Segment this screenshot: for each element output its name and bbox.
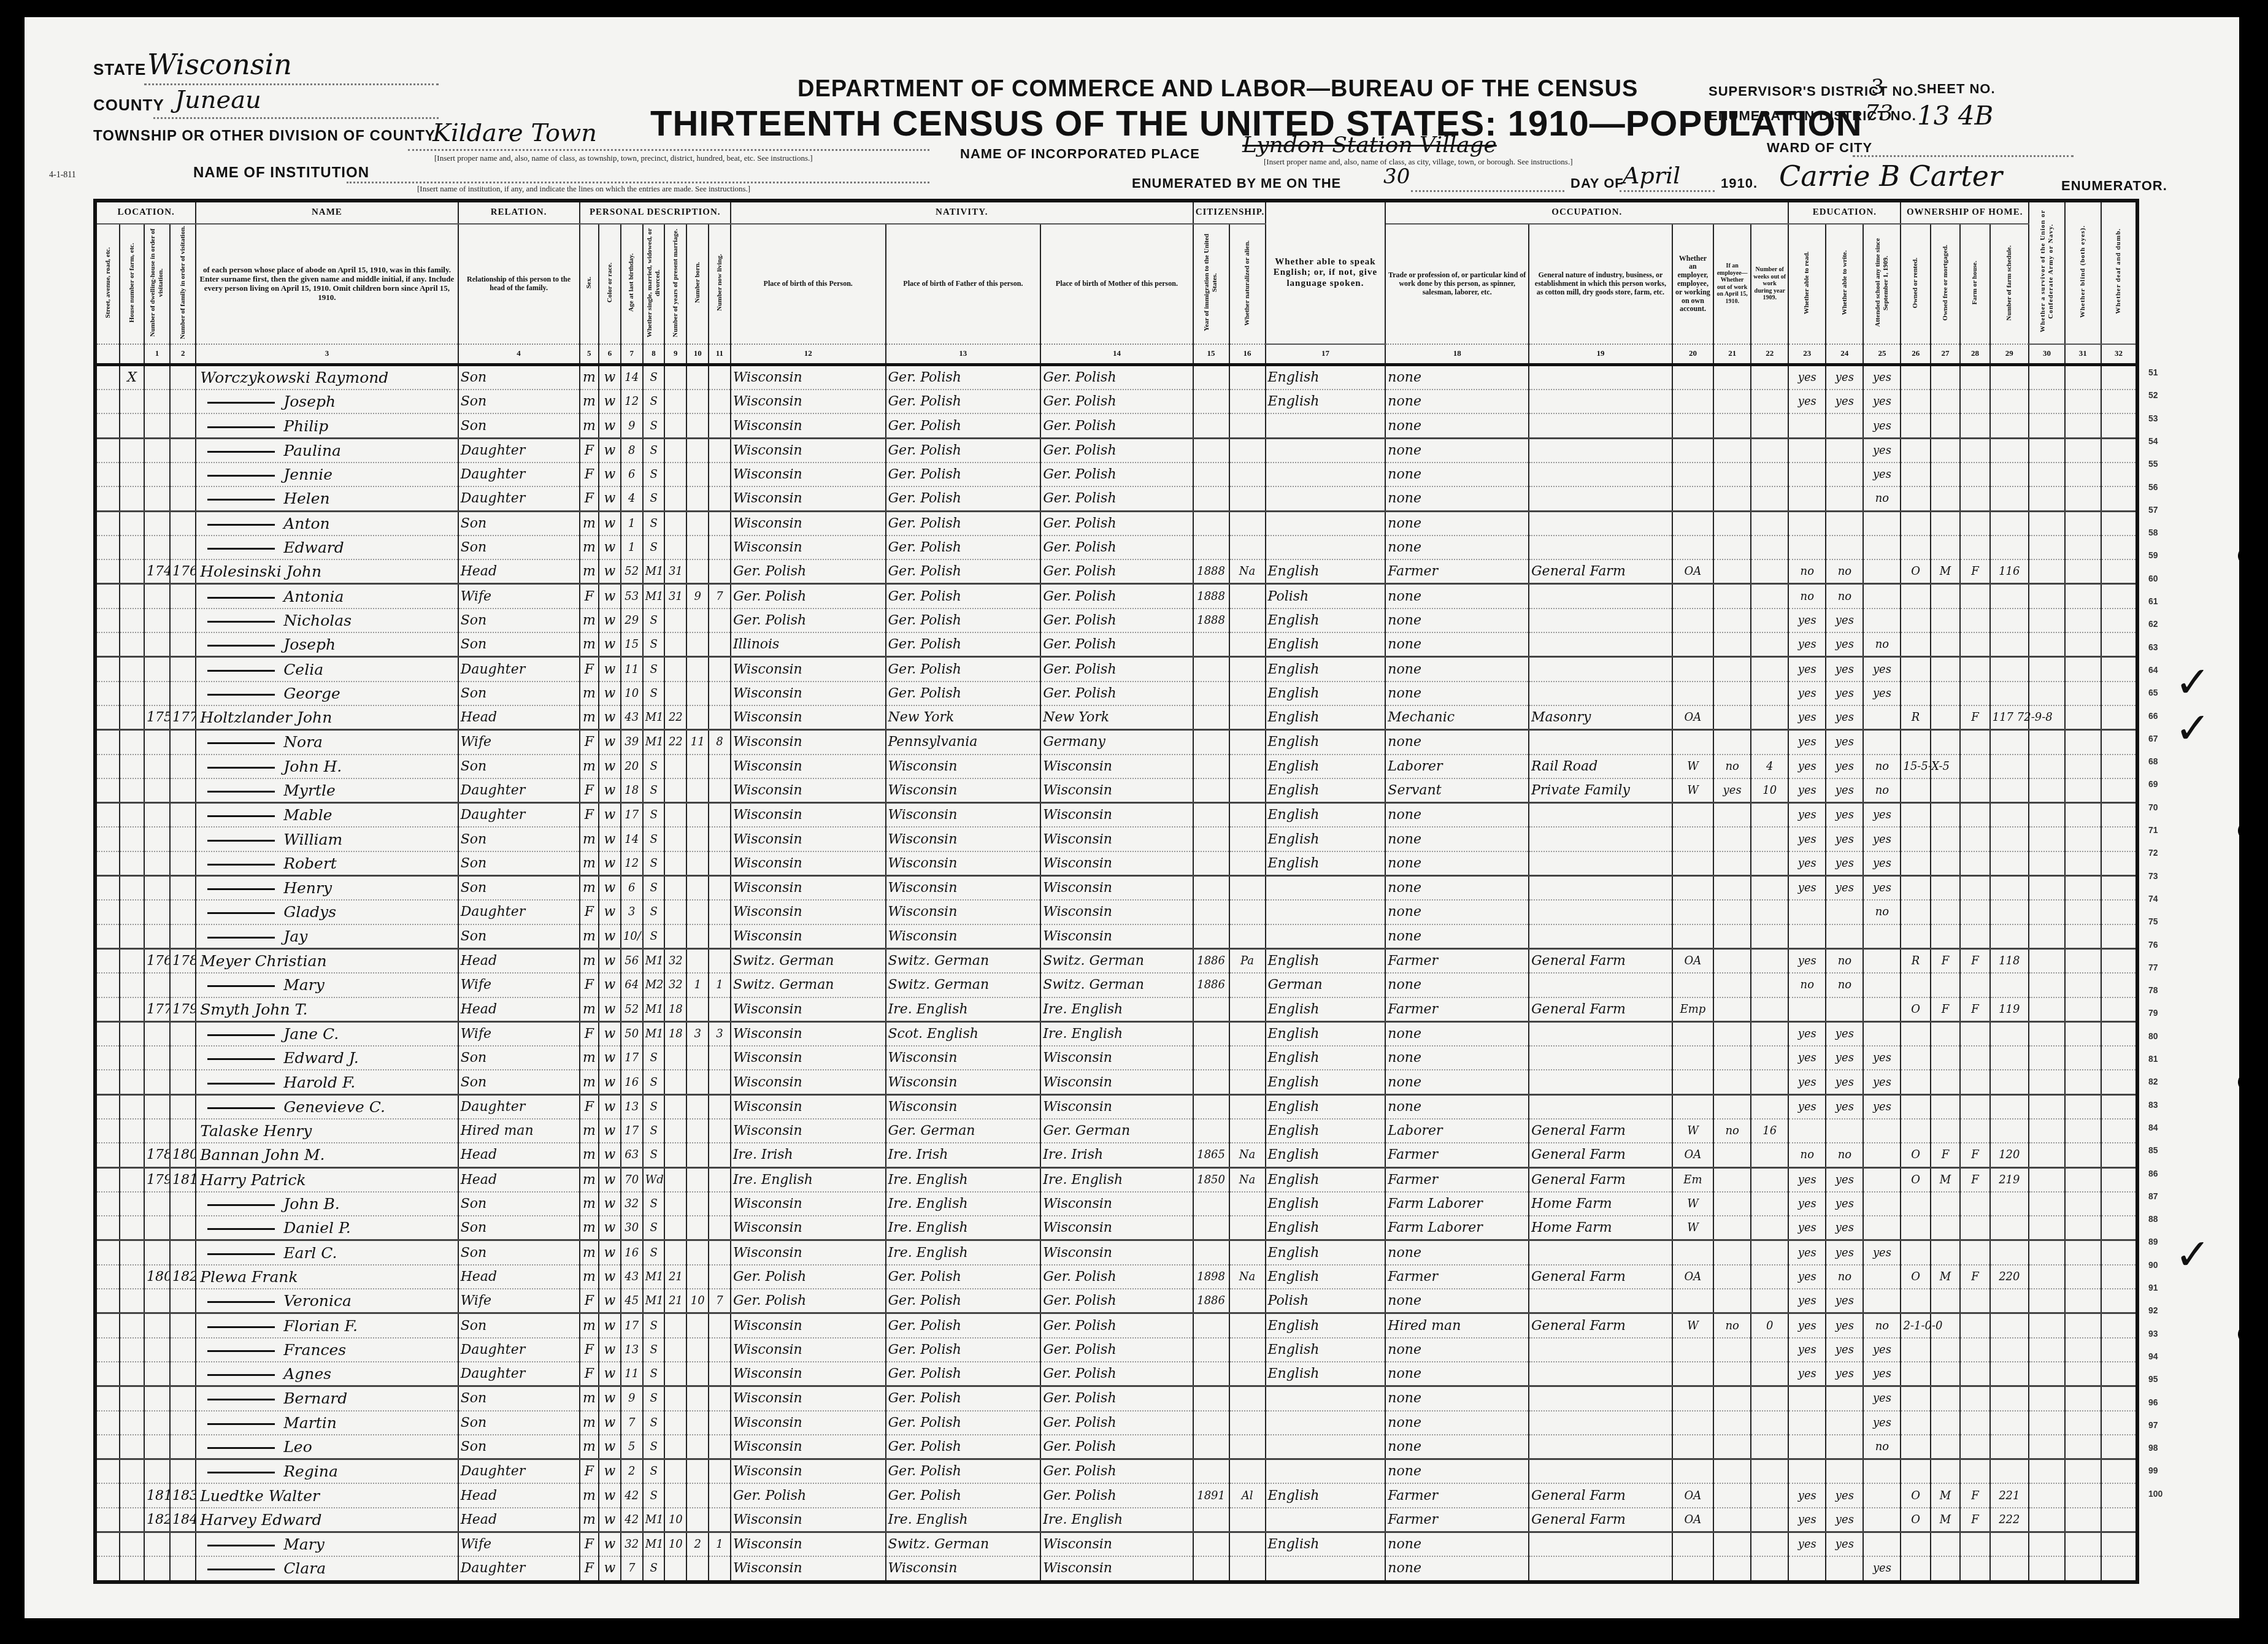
cell-trade: Farm Laborer — [1385, 1192, 1529, 1216]
group-nativity: NATIVITY. — [731, 201, 1193, 224]
cell-fh — [1960, 1362, 1989, 1386]
cell-vet — [2029, 559, 2065, 584]
cell-lang: English — [1266, 755, 1386, 778]
cell-ym — [664, 463, 686, 486]
cell-sex: m — [580, 1143, 599, 1167]
cell-name: Celia — [196, 657, 458, 682]
cell-bp: Wisconsin — [731, 364, 886, 390]
cell-name: Antonia — [196, 584, 458, 609]
cell-rd — [1788, 438, 1826, 463]
cell-rd: yes — [1788, 1362, 1826, 1386]
cell-dw — [144, 364, 170, 390]
cell-ym — [664, 511, 686, 536]
cell-wk — [1751, 1411, 1788, 1435]
cell-bf: Ger. Polish — [886, 1386, 1041, 1411]
person-name: Mary — [283, 976, 325, 994]
ditto-dash — [207, 1228, 275, 1230]
cell-bm: Ger. German — [1040, 1119, 1193, 1143]
column-number: 19 — [1529, 344, 1672, 365]
cell-emp — [1672, 876, 1713, 901]
cell-fh — [1960, 657, 1989, 682]
cell-imm: 1888 — [1193, 609, 1229, 632]
cell-race: w — [599, 511, 621, 536]
cell-st — [95, 584, 120, 609]
cell-bf: Ger. Polish — [886, 632, 1041, 657]
cell-fh: F — [1960, 1265, 1989, 1289]
cell-sex: m — [580, 1119, 599, 1143]
cell-wk — [1751, 1483, 1788, 1507]
cell-own: O — [1901, 1143, 1930, 1167]
cell-bm: Ire. Irish — [1040, 1143, 1193, 1167]
cell-race: w — [599, 1435, 621, 1459]
cell-cl — [709, 778, 731, 803]
table-row: John B.Sonmw32SWisconsinIre. EnglishWisc… — [95, 1192, 2137, 1216]
cell-mark — [120, 657, 144, 682]
cell-fs — [1990, 1216, 2029, 1240]
cell-trade: none — [1385, 1386, 1529, 1411]
cell-trade: none — [1385, 730, 1529, 755]
cell-nat — [1229, 682, 1266, 705]
cell-age: 7 — [621, 1556, 643, 1581]
cell-fh — [1960, 827, 1989, 851]
punch-hole-icon — [2238, 1073, 2256, 1091]
cell-name: John H. — [196, 755, 458, 778]
person-name: William — [283, 831, 342, 848]
cell-cb — [686, 1362, 709, 1386]
cell-mar: M1 — [643, 948, 665, 973]
cell-rd: yes — [1788, 778, 1826, 803]
cell-fh — [1960, 1411, 1989, 1435]
cell-wk — [1751, 851, 1788, 876]
cell-own — [1901, 1289, 1930, 1313]
cell-nat: Na — [1229, 1143, 1266, 1167]
header-employer: Whether an employer, employee, or workin… — [1672, 224, 1713, 344]
cell-bf: Ger. Polish — [886, 682, 1041, 705]
cell-age: 45 — [621, 1289, 643, 1313]
ditto-dash — [207, 475, 275, 477]
cell-sex: F — [580, 730, 599, 755]
cell-cl: 1 — [709, 973, 731, 997]
cell-ym: 18 — [664, 1021, 686, 1046]
cell-trade: none — [1385, 1362, 1529, 1386]
cell-mark — [120, 1362, 144, 1386]
cell-vet — [2029, 851, 2065, 876]
cell-mark — [120, 559, 144, 584]
cell-st — [95, 948, 120, 973]
ditto-dash — [207, 815, 275, 817]
cell-fh — [1960, 778, 1989, 803]
cell-cl — [709, 413, 731, 438]
cell-ind: General Farm — [1529, 1508, 1672, 1532]
cell-rel: Head — [458, 1143, 580, 1167]
cell-fm — [1931, 682, 1960, 705]
cell-wk — [1751, 511, 1788, 536]
cell-trade: none — [1385, 486, 1529, 511]
cell-imm — [1193, 851, 1229, 876]
cell-dw: 176 — [144, 948, 170, 973]
cell-mark — [120, 486, 144, 511]
table-row: MyrtleDaughterFw18SWisconsinWisconsinWis… — [95, 778, 2137, 803]
cell-fh — [1960, 1216, 1989, 1240]
cell-own — [1901, 632, 1930, 657]
cell-sex: m — [580, 1046, 599, 1070]
table-row: HenrySonmw6SWisconsinWisconsinWisconsinn… — [95, 876, 2137, 901]
cell-emp — [1672, 1289, 1713, 1313]
cell-lang: English — [1266, 559, 1386, 584]
checkmark-icon: ✓ — [2175, 703, 2211, 753]
cell-cb — [686, 1094, 709, 1119]
cell-fs — [1990, 1556, 2029, 1581]
cell-ym — [664, 851, 686, 876]
cell-name: Joseph — [196, 632, 458, 657]
cell-own — [1901, 682, 1930, 705]
cell-fh — [1960, 851, 1989, 876]
cell-bf: Ger. Polish — [886, 1338, 1041, 1362]
cell-bp: Wisconsin — [731, 1046, 886, 1070]
cell-bl — [2065, 1070, 2101, 1094]
cell-fam — [170, 900, 196, 924]
cell-rel: Son — [458, 827, 580, 851]
cell-fm — [1931, 1435, 1960, 1459]
cell-race: w — [599, 1070, 621, 1094]
cell-st — [95, 705, 120, 730]
cell-mark — [120, 705, 144, 730]
table-row: XWorczykowski RaymondSonmw14SWisconsinGe… — [95, 364, 2137, 390]
cell-age: 6 — [621, 463, 643, 486]
person-name: Edward J. — [283, 1049, 359, 1067]
cell-own — [1901, 1338, 1930, 1362]
cell-oow — [1713, 682, 1751, 705]
cell-rel: Daughter — [458, 1362, 580, 1386]
cell-fh — [1960, 1240, 1989, 1265]
cell-emp — [1672, 511, 1713, 536]
cell-sch: yes — [1863, 364, 1901, 390]
cell-imm — [1193, 463, 1229, 486]
cell-vet — [2029, 730, 2065, 755]
cell-sex: F — [580, 803, 599, 828]
cell-emp — [1672, 390, 1713, 413]
line-number: 66 — [2148, 711, 2158, 721]
cell-oow — [1713, 657, 1751, 682]
cell-emp — [1672, 1556, 1713, 1581]
cell-bf: Wisconsin — [886, 803, 1041, 828]
cell-rd: yes — [1788, 390, 1826, 413]
cell-cb — [686, 1556, 709, 1581]
cell-oow — [1713, 1338, 1751, 1362]
cell-df — [2101, 632, 2137, 657]
cell-ym — [664, 536, 686, 559]
person-name: Veronica — [283, 1292, 352, 1310]
ditto-dash — [207, 912, 275, 914]
cell-fs — [1990, 1021, 2029, 1046]
cell-bm: Wisconsin — [1040, 778, 1193, 803]
column-number: 24 — [1826, 344, 1863, 365]
cell-oow — [1713, 438, 1751, 463]
cell-rd — [1788, 1459, 1826, 1484]
cell-cl — [709, 1483, 731, 1507]
table-row: Florian F.Sonmw17SWisconsinGer. PolishGe… — [95, 1313, 2137, 1338]
table-row: NoraWifeFw39M122118WisconsinPennsylvania… — [95, 730, 2137, 755]
line-number: 87 — [2148, 1191, 2158, 1201]
cell-lang: English — [1266, 1313, 1386, 1338]
cell-age: 16 — [621, 1240, 643, 1265]
person-name: Genevieve C. — [283, 1098, 385, 1116]
cell-own: O — [1901, 559, 1930, 584]
cell-st — [95, 1240, 120, 1265]
cell-mark — [120, 1435, 144, 1459]
township-label: Township or other division of county — [93, 128, 436, 145]
cell-ym — [664, 1216, 686, 1240]
cell-fh — [1960, 536, 1989, 559]
cell-fm — [1931, 1070, 1960, 1094]
cell-cl — [709, 536, 731, 559]
cell-dw — [144, 900, 170, 924]
cell-sch — [1863, 1508, 1901, 1532]
cell-mark — [120, 1265, 144, 1289]
line-number: 82 — [2148, 1077, 2158, 1086]
line-number: 51 — [2148, 367, 2158, 377]
cell-bp: Wisconsin — [731, 390, 886, 413]
cell-dw: 181 — [144, 1483, 170, 1507]
cell-fs — [1990, 1240, 2029, 1265]
cell-trade: none — [1385, 803, 1529, 828]
cell-dw — [144, 1192, 170, 1216]
cell-rel: Son — [458, 876, 580, 901]
cell-oow — [1713, 413, 1751, 438]
cell-name: Earl C. — [196, 1240, 458, 1265]
cell-name: Florian F. — [196, 1313, 458, 1338]
cell-fs — [1990, 1289, 2029, 1313]
line-number: 57 — [2148, 505, 2158, 515]
cell-fm — [1931, 486, 1960, 511]
cell-trade: none — [1385, 1046, 1529, 1070]
line-number: 65 — [2148, 688, 2158, 697]
person-name: Frances — [283, 1341, 346, 1359]
person-name: Luedtke Walter — [200, 1487, 320, 1505]
cell-df — [2101, 973, 2137, 997]
cell-df — [2101, 1532, 2137, 1557]
cell-fs — [1990, 657, 2029, 682]
cell-df — [2101, 803, 2137, 828]
month-value: April — [1623, 162, 1680, 189]
cell-st — [95, 997, 120, 1022]
cell-ym — [664, 1119, 686, 1143]
cell-wk — [1751, 1046, 1788, 1070]
cell-fs — [1990, 1070, 2029, 1094]
cell-rd: yes — [1788, 682, 1826, 705]
cell-oow — [1713, 1289, 1751, 1313]
cell-bf: Switz. German — [886, 973, 1041, 997]
cell-df — [2101, 900, 2137, 924]
ditto-dash — [207, 597, 275, 599]
cell-vet — [2029, 1386, 2065, 1411]
line-number: 91 — [2148, 1283, 2158, 1293]
person-name: Bannan John M. — [200, 1146, 325, 1164]
cell-fh — [1960, 1192, 1989, 1216]
cell-sex: m — [580, 924, 599, 949]
cell-cl — [709, 682, 731, 705]
cell-vet — [2029, 632, 2065, 657]
cell-vet — [2029, 755, 2065, 778]
cell-bp: Wisconsin — [731, 1362, 886, 1386]
cell-bp: Wisconsin — [731, 1070, 886, 1094]
cell-fs — [1990, 584, 2029, 609]
cell-imm — [1193, 1508, 1229, 1532]
cell-bp: Wisconsin — [731, 755, 886, 778]
cell-mar: S — [643, 1556, 665, 1581]
cell-name: Bannan John M. — [196, 1143, 458, 1167]
ditto-dash — [207, 451, 275, 453]
line-number: 73 — [2148, 871, 2158, 881]
cell-bp: Ger. Polish — [731, 1265, 886, 1289]
cell-ym — [664, 1313, 686, 1338]
cell-age: 42 — [621, 1508, 643, 1532]
cell-fh: F — [1960, 1483, 1989, 1507]
cell-imm — [1193, 1532, 1229, 1557]
cell-fs — [1990, 1192, 2029, 1216]
cell-bm: Wisconsin — [1040, 851, 1193, 876]
cell-bl — [2065, 609, 2101, 632]
header-free-mortgaged: Owned free or mortgaged. — [1931, 224, 1960, 344]
enumerated-day: 30 — [1383, 164, 1410, 189]
cell-rel: Son — [458, 511, 580, 536]
cell-wr — [1826, 511, 1863, 536]
cell-rd: yes — [1788, 803, 1826, 828]
table-row: MaryWifeFw64M23211Switz. GermanSwitz. Ge… — [95, 973, 2137, 997]
cell-fm: F — [1931, 997, 1960, 1022]
cell-ind — [1529, 511, 1672, 536]
cell-mark — [120, 827, 144, 851]
cell-cl — [709, 1094, 731, 1119]
cell-fs — [1990, 827, 2029, 851]
cell-fh — [1960, 682, 1989, 705]
table-row: AntonSonmw1SWisconsinGer. PolishGer. Pol… — [95, 511, 2137, 536]
cell-emp: OA — [1672, 1265, 1713, 1289]
cell-fm — [1931, 438, 1960, 463]
enumerator-label: Enumerator. — [2061, 178, 2167, 194]
cell-st — [95, 511, 120, 536]
cell-bf: Ger. Polish — [886, 511, 1041, 536]
cell-own — [1901, 364, 1930, 390]
cell-df — [2101, 559, 2137, 584]
cell-oow: no — [1713, 755, 1751, 778]
cell-age: 9 — [621, 1386, 643, 1411]
cell-own — [1901, 1046, 1930, 1070]
cell-bm: Ger. Polish — [1040, 413, 1193, 438]
table-row: Daniel P.Sonmw30SWisconsinIre. EnglishWi… — [95, 1216, 2137, 1240]
cell-own — [1901, 486, 1930, 511]
cell-bm: Wisconsin — [1040, 1556, 1193, 1581]
cell-bp: Wisconsin — [731, 1386, 886, 1411]
cell-imm — [1193, 705, 1229, 730]
cell-oow — [1713, 1556, 1751, 1581]
cell-emp — [1672, 413, 1713, 438]
cell-df — [2101, 730, 2137, 755]
ditto-dash — [207, 937, 275, 939]
cell-st — [95, 1338, 120, 1362]
cell-fs: 221 — [1990, 1483, 2029, 1507]
cell-own: 15-5-X-5 — [1901, 755, 1930, 778]
cell-rel: Head — [458, 1483, 580, 1507]
cell-ind — [1529, 463, 1672, 486]
cell-age: 17 — [621, 803, 643, 828]
cell-st — [95, 1094, 120, 1119]
cell-bm: Wisconsin — [1040, 1532, 1193, 1557]
cell-race: w — [599, 851, 621, 876]
cell-fs — [1990, 1313, 2029, 1338]
cell-sch: yes — [1863, 803, 1901, 828]
cell-dw — [144, 463, 170, 486]
cell-wr: yes — [1826, 1070, 1863, 1094]
cell-age: 16 — [621, 1070, 643, 1094]
header-deaf: Whether deaf and dumb. — [2101, 201, 2137, 344]
cell-ind — [1529, 390, 1672, 413]
cell-fm — [1931, 1338, 1960, 1362]
cell-fm — [1931, 851, 1960, 876]
cell-rel: Head — [458, 997, 580, 1022]
cell-fam — [170, 1070, 196, 1094]
cell-cb — [686, 1119, 709, 1143]
cell-bp: Ger. Polish — [731, 559, 886, 584]
cell-ym — [664, 1556, 686, 1581]
cell-fh — [1960, 900, 1989, 924]
group-citizenship: CITIZENSHIP. — [1193, 201, 1266, 224]
cell-trade: Farmer — [1385, 948, 1529, 973]
cell-fam — [170, 463, 196, 486]
cell-mar: S — [643, 1459, 665, 1484]
cell-mark — [120, 1094, 144, 1119]
cell-ym — [664, 876, 686, 901]
cell-bm: Ger. Polish — [1040, 1411, 1193, 1435]
cell-name: John B. — [196, 1192, 458, 1216]
cell-fh — [1960, 511, 1989, 536]
cell-vet — [2029, 1119, 2065, 1143]
cell-rel: Son — [458, 364, 580, 390]
ditto-dash — [207, 426, 275, 428]
cell-fs — [1990, 803, 2029, 828]
cell-age: 39 — [621, 730, 643, 755]
header-birth-mother: Place of birth of Mother of this person. — [1040, 224, 1193, 344]
cell-emp: OA — [1672, 948, 1713, 973]
cell-rd: yes — [1788, 705, 1826, 730]
cell-imm: 1888 — [1193, 559, 1229, 584]
cell-name: George — [196, 682, 458, 705]
cell-mark — [120, 1240, 144, 1265]
cell-emp — [1672, 973, 1713, 997]
cell-ind: General Farm — [1529, 948, 1672, 973]
cell-nat: Pa — [1229, 948, 1266, 973]
cell-rd — [1788, 1119, 1826, 1143]
cell-fam — [170, 1313, 196, 1338]
person-name: Holesinski John — [200, 563, 321, 580]
person-name: Mable — [283, 806, 332, 824]
cell-name: Leo — [196, 1435, 458, 1459]
cell-lang: English — [1266, 1046, 1386, 1070]
line-number: 86 — [2148, 1169, 2158, 1178]
cell-wr: yes — [1826, 876, 1863, 901]
cell-ind — [1529, 1289, 1672, 1313]
cell-mark — [120, 1386, 144, 1411]
cell-bl — [2065, 1532, 2101, 1557]
cell-rel: Daughter — [458, 1459, 580, 1484]
cell-dw — [144, 1070, 170, 1094]
cell-fam — [170, 511, 196, 536]
cell-ind — [1529, 413, 1672, 438]
cell-sex: m — [580, 1167, 599, 1192]
cell-name: Luedtke Walter — [196, 1483, 458, 1507]
cell-dw — [144, 1411, 170, 1435]
cell-cb: 1 — [686, 973, 709, 997]
